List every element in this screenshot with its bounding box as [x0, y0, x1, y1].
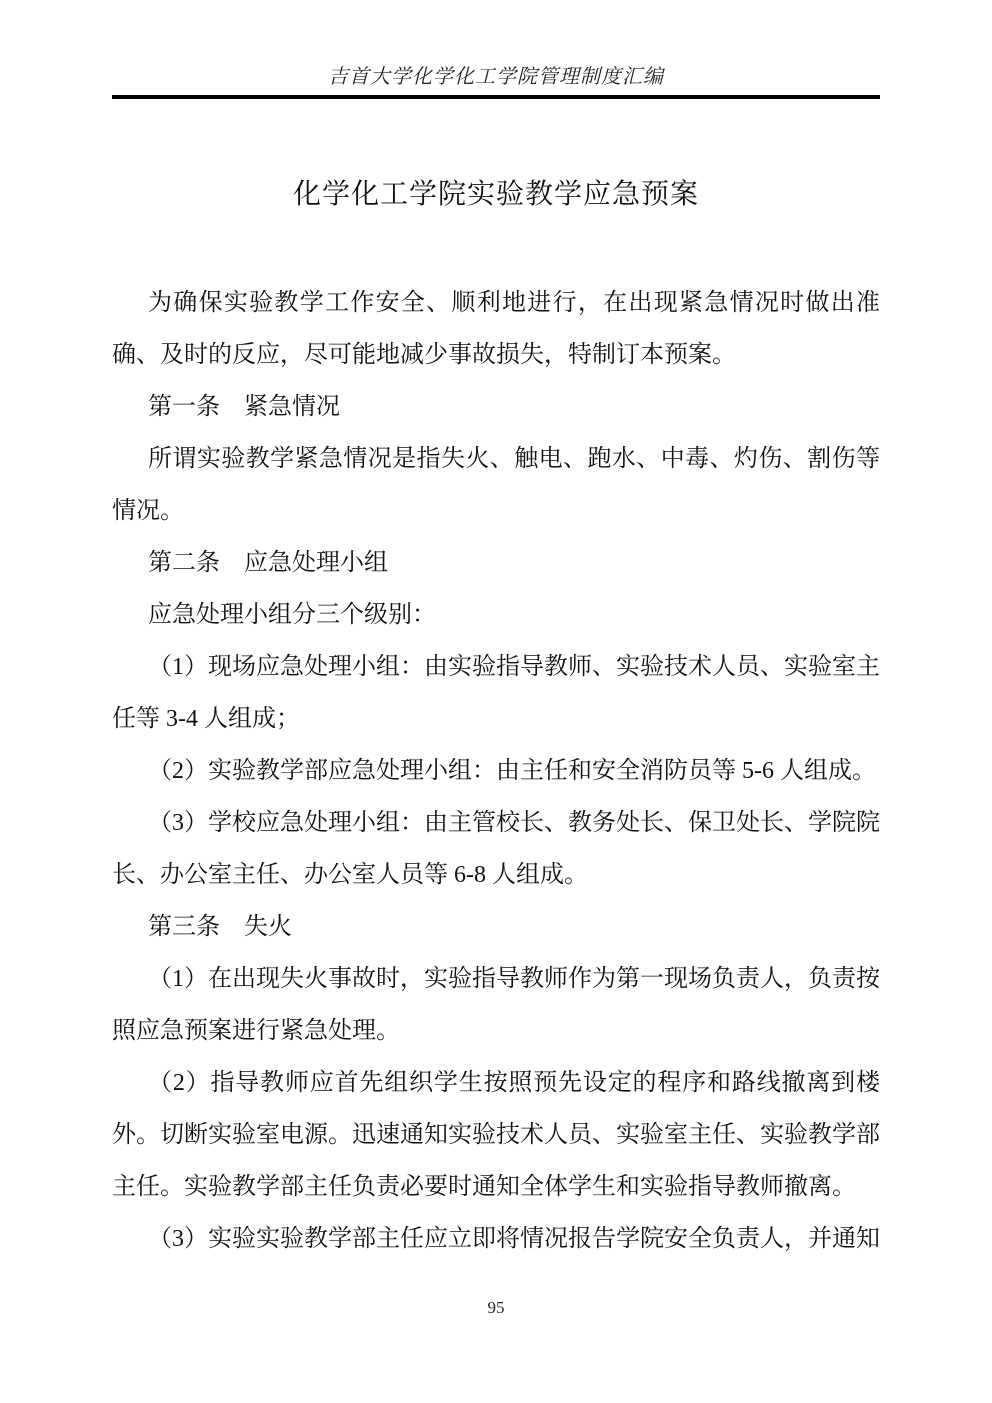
- paragraph-article-1: 所谓实验教学紧急情况是指失火、触电、跑水、中毒、灼伤、割伤等情况。: [112, 433, 880, 537]
- header-rule: [112, 95, 880, 99]
- article-3-item-1: （1）在出现失火事故时，实验指导教师作为第一现场负责人，负责按照应急预案进行紧急…: [112, 953, 880, 1057]
- list-item-2: （2）实验教学部应急处理小组：由主任和安全消防员等 5-6 人组成。: [112, 745, 880, 797]
- paragraph-intro: 为确保实验教学工作安全、顺利地进行，在出现紧急情况时做出准确、及时的反应，尽可能…: [112, 277, 880, 381]
- article-3-item-2: （2）指导教师应首先组织学生按照预先设定的程序和路线撤离到楼外。切断实验室电源。…: [112, 1057, 880, 1213]
- list-item-3: （3）学校应急处理小组：由主管校长、教务处长、保卫处长、学院院长、办公室主任、办…: [112, 797, 880, 901]
- heading-article-1: 第一条 紧急情况: [112, 381, 880, 433]
- heading-article-3: 第三条 失火: [112, 901, 880, 953]
- page-footer: 95: [0, 1298, 992, 1318]
- paragraph-article-2: 应急处理小组分三个级别：: [112, 589, 880, 641]
- list-item-1: （1）现场应急处理小组：由实验指导教师、实验技术人员、实验室主任等 3-4 人组…: [112, 641, 880, 745]
- article-3-item-3: （3）实验实验教学部主任应立即将情况报告学院安全负责人，并通知: [112, 1213, 880, 1265]
- document-page: 吉首大学化学化工学院管理制度汇编 化学化工学院实验教学应急预案 为确保实验教学工…: [0, 0, 992, 1403]
- document-title: 化学化工学院实验教学应急预案: [0, 172, 992, 212]
- heading-article-2: 第二条 应急处理小组: [112, 537, 880, 589]
- page-number: 95: [488, 1298, 505, 1317]
- document-body: 为确保实验教学工作安全、顺利地进行，在出现紧急情况时做出准确、及时的反应，尽可能…: [112, 277, 880, 1265]
- running-header-text: 吉首大学化学化工学院管理制度汇编: [0, 60, 992, 89]
